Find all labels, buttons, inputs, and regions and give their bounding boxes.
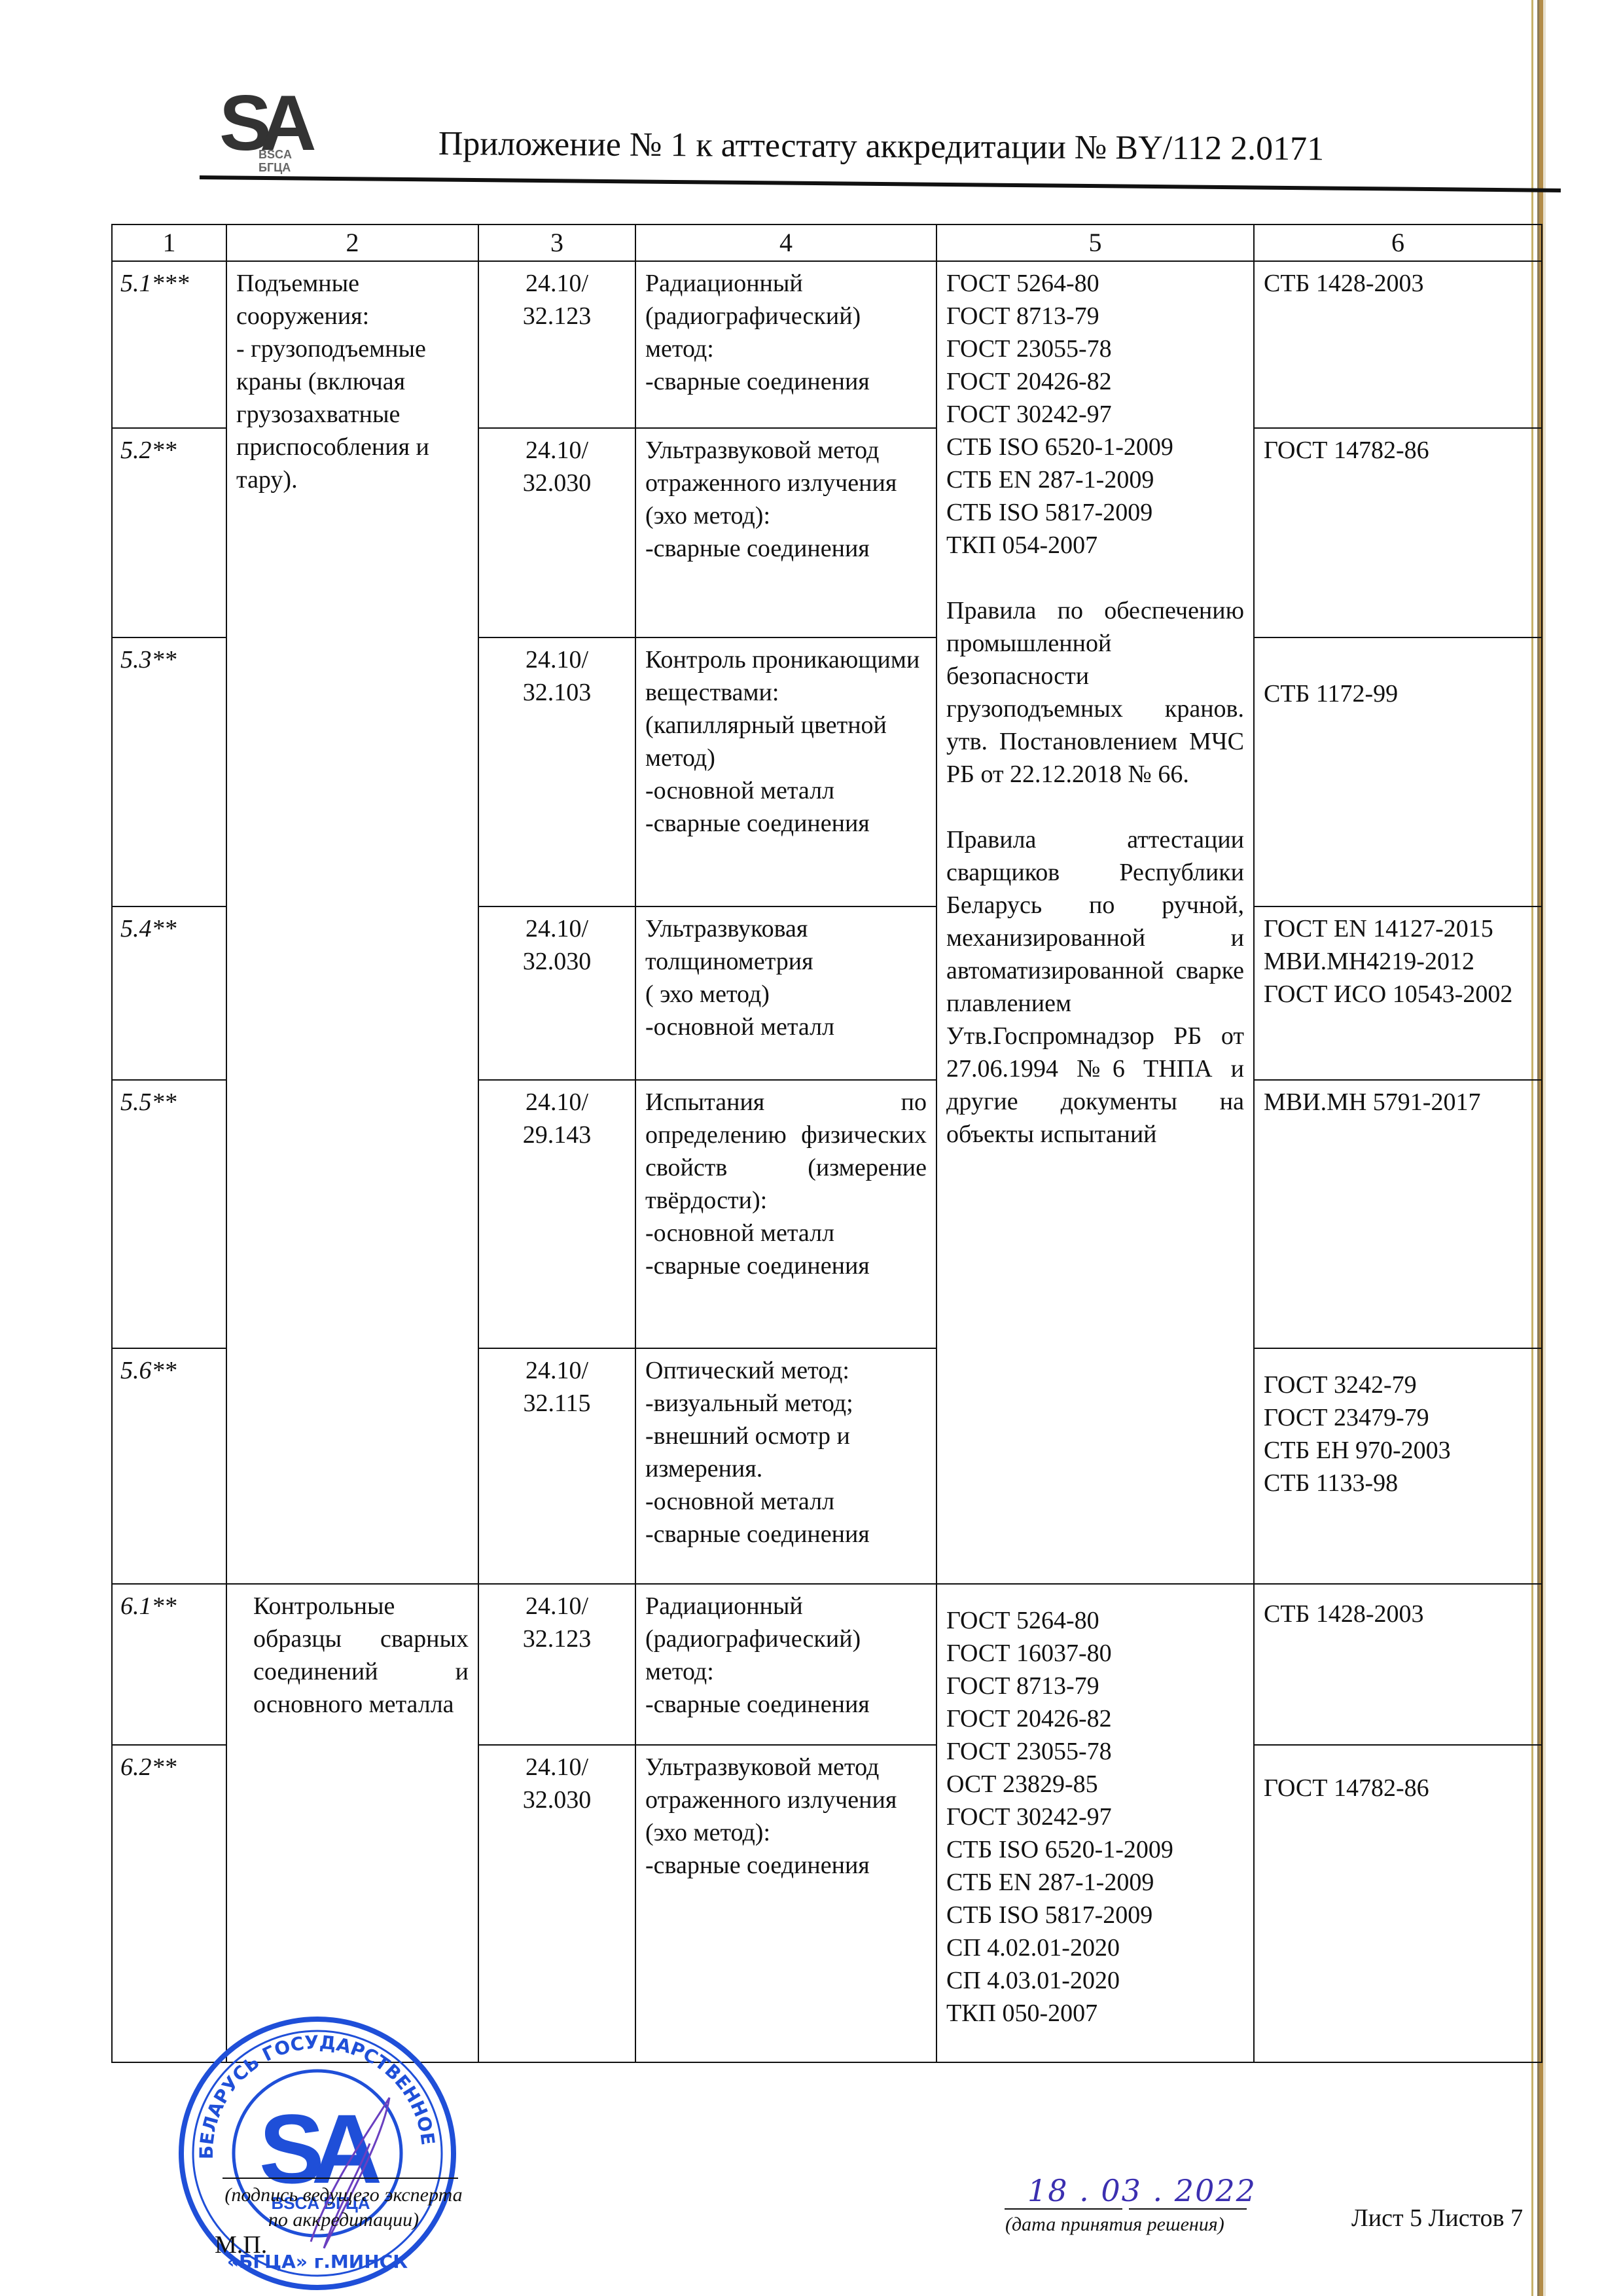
test-object: Контрольные образцы сварных соединений и…: [226, 1584, 478, 2062]
sheet-number: Лист 5 Листов 7: [1351, 2204, 1523, 2233]
normative-documents: ГОСТ 5264-80 ГОСТ 16037-80 ГОСТ 8713-79 …: [936, 1584, 1254, 2062]
method-documents: ГОСТ 3242-79 ГОСТ 23479-79 СТБ ЕН 970-20…: [1254, 1348, 1542, 1584]
column-number: 1: [112, 224, 226, 261]
decision-date: 18 . 03 . 2022: [1027, 2173, 1257, 2208]
method-documents: СТБ 1172-99: [1254, 637, 1542, 906]
signature-line: [223, 2178, 458, 2179]
signature-caption: (подпись ведущего эксперта по аккредитац…: [216, 2183, 471, 2233]
characteristic: Радиационный (радиографический) метод: -…: [635, 261, 936, 428]
object-code: 24.10/ 32.103: [478, 637, 635, 906]
characteristic: Оптический метод: -визуальный метод; -вн…: [635, 1348, 936, 1584]
item-number: 5.1***: [112, 261, 226, 428]
column-number: 6: [1254, 224, 1542, 261]
logo-subtext: BSCA БГЦА: [259, 148, 292, 174]
characteristic: Ультразвуковой метод отраженного излучен…: [635, 1745, 936, 2062]
item-number: 5.3**: [112, 637, 226, 906]
page-title: Приложение № 1 к аттестату аккредитации …: [438, 124, 1325, 168]
characteristic: Испытания по определению физических свой…: [635, 1080, 936, 1348]
characteristic: Радиационный (радиографический) метод: -…: [635, 1584, 936, 1744]
method-documents: МВИ.МН 5791-2017: [1254, 1080, 1542, 1348]
object-code: 24.10/ 32.030: [478, 428, 635, 637]
item-number: 5.5**: [112, 1080, 226, 1348]
column-number: 3: [478, 224, 635, 261]
table-row: 5.1*** Подъемные сооружения: - грузоподъ…: [112, 261, 1542, 428]
method-documents: СТБ 1428-2003: [1254, 1584, 1542, 1744]
test-object: Подъемные сооружения: - грузоподъемные к…: [226, 261, 478, 1584]
characteristic: Ультразвуковая толщинометрия ( эхо метод…: [635, 906, 936, 1080]
method-documents: СТБ 1428-2003: [1254, 261, 1542, 428]
object-code: 24.10/ 32.030: [478, 1745, 635, 2062]
table-row: 6.1** Контрольные образцы сварных соедин…: [112, 1584, 1542, 1744]
item-number: 5.6**: [112, 1348, 226, 1584]
method-documents: ГОСТ EN 14127-2015 МВИ.МН4219-2012 ГОСТ …: [1254, 906, 1542, 1080]
object-code: 24.10/ 32.030: [478, 906, 635, 1080]
object-code: 24.10/ 32.115: [478, 1348, 635, 1584]
column-number-row: 1 2 3 4 5 6: [112, 224, 1542, 261]
date-caption: (дата принятия решения): [1005, 2214, 1224, 2236]
object-code: 24.10/ 32.123: [478, 261, 635, 428]
object-code: 24.10/ 29.143: [478, 1080, 635, 1348]
item-number: 6.1**: [112, 1584, 226, 1744]
item-number: 5.4**: [112, 906, 226, 1080]
object-code: 24.10/ 32.123: [478, 1584, 635, 1744]
characteristic: Ультразвуковой метод отраженного излучен…: [635, 428, 936, 637]
header-rule: [200, 175, 1561, 192]
seal-place-label: М.П.: [215, 2231, 267, 2259]
column-number: 2: [226, 224, 478, 261]
bsca-logo: SA BSCA БГЦА: [219, 84, 298, 175]
method-documents: ГОСТ 14782-86: [1254, 428, 1542, 637]
accreditation-scope-table: 1 2 3 4 5 6 5.1*** Подъемные сооружения:…: [111, 224, 1543, 2063]
item-number: 5.2**: [112, 428, 226, 637]
date-line: [1005, 2208, 1122, 2210]
method-documents: ГОСТ 14782-86: [1254, 1745, 1542, 2062]
column-number: 5: [936, 224, 1254, 261]
normative-documents: ГОСТ 5264-80 ГОСТ 8713-79 ГОСТ 23055-78 …: [936, 261, 1254, 1584]
column-number: 4: [635, 224, 936, 261]
characteristic: Контроль проникающими веществами: (капил…: [635, 637, 936, 906]
